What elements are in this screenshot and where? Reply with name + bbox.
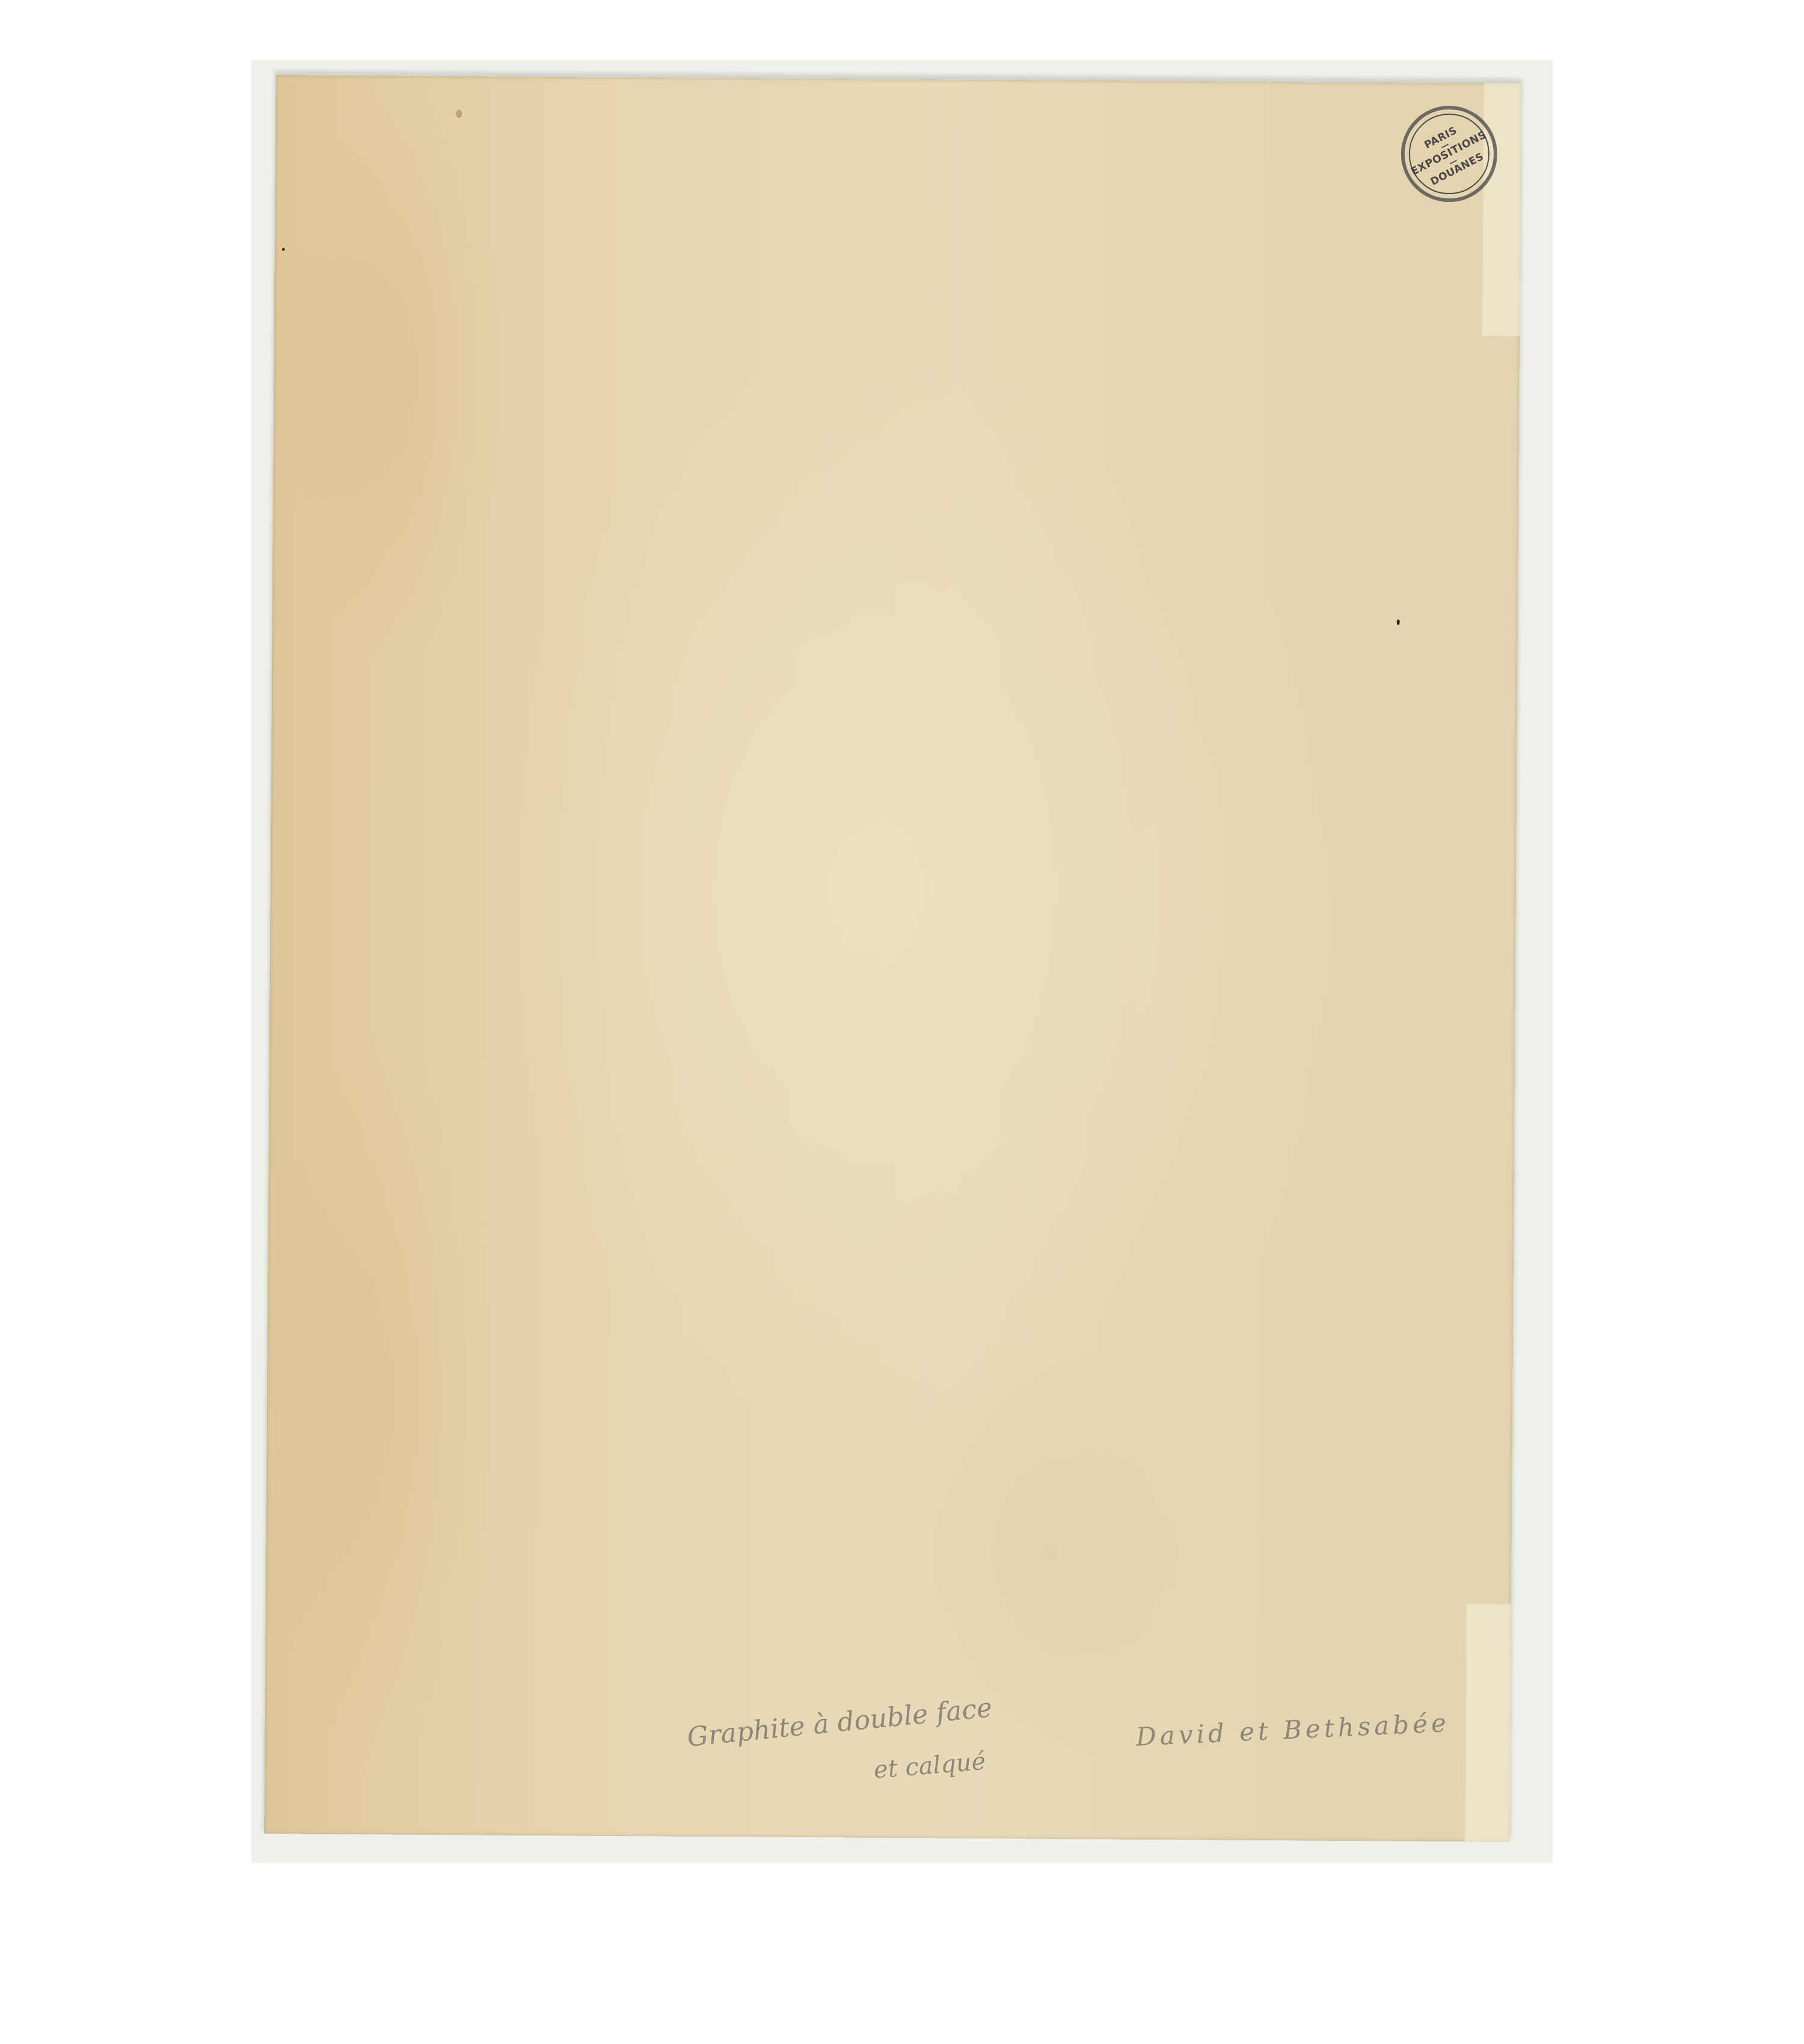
paper-sheet: PARIS — EXPOSITIONS — DOUANES Graphite à…	[264, 75, 1521, 1842]
ink-speck-left	[282, 248, 285, 251]
stamp-text: PARIS — EXPOSITIONS — DOUANES	[1384, 89, 1514, 219]
customs-stamp-icon: PARIS — EXPOSITIONS — DOUANES	[1401, 106, 1497, 203]
ink-speck-right	[1397, 620, 1400, 625]
pencil-note-technique-continued: et calqué	[873, 1748, 987, 1784]
hinge-strip-bottom	[1465, 1604, 1511, 1841]
pencil-note-technique: Graphite à double face	[686, 1692, 993, 1753]
pencil-note-title: David et Bethsabée	[1135, 1708, 1450, 1752]
foxing-spot	[456, 109, 462, 118]
image-viewer: PARIS — EXPOSITIONS — DOUANES Graphite à…	[0, 0, 1804, 2044]
